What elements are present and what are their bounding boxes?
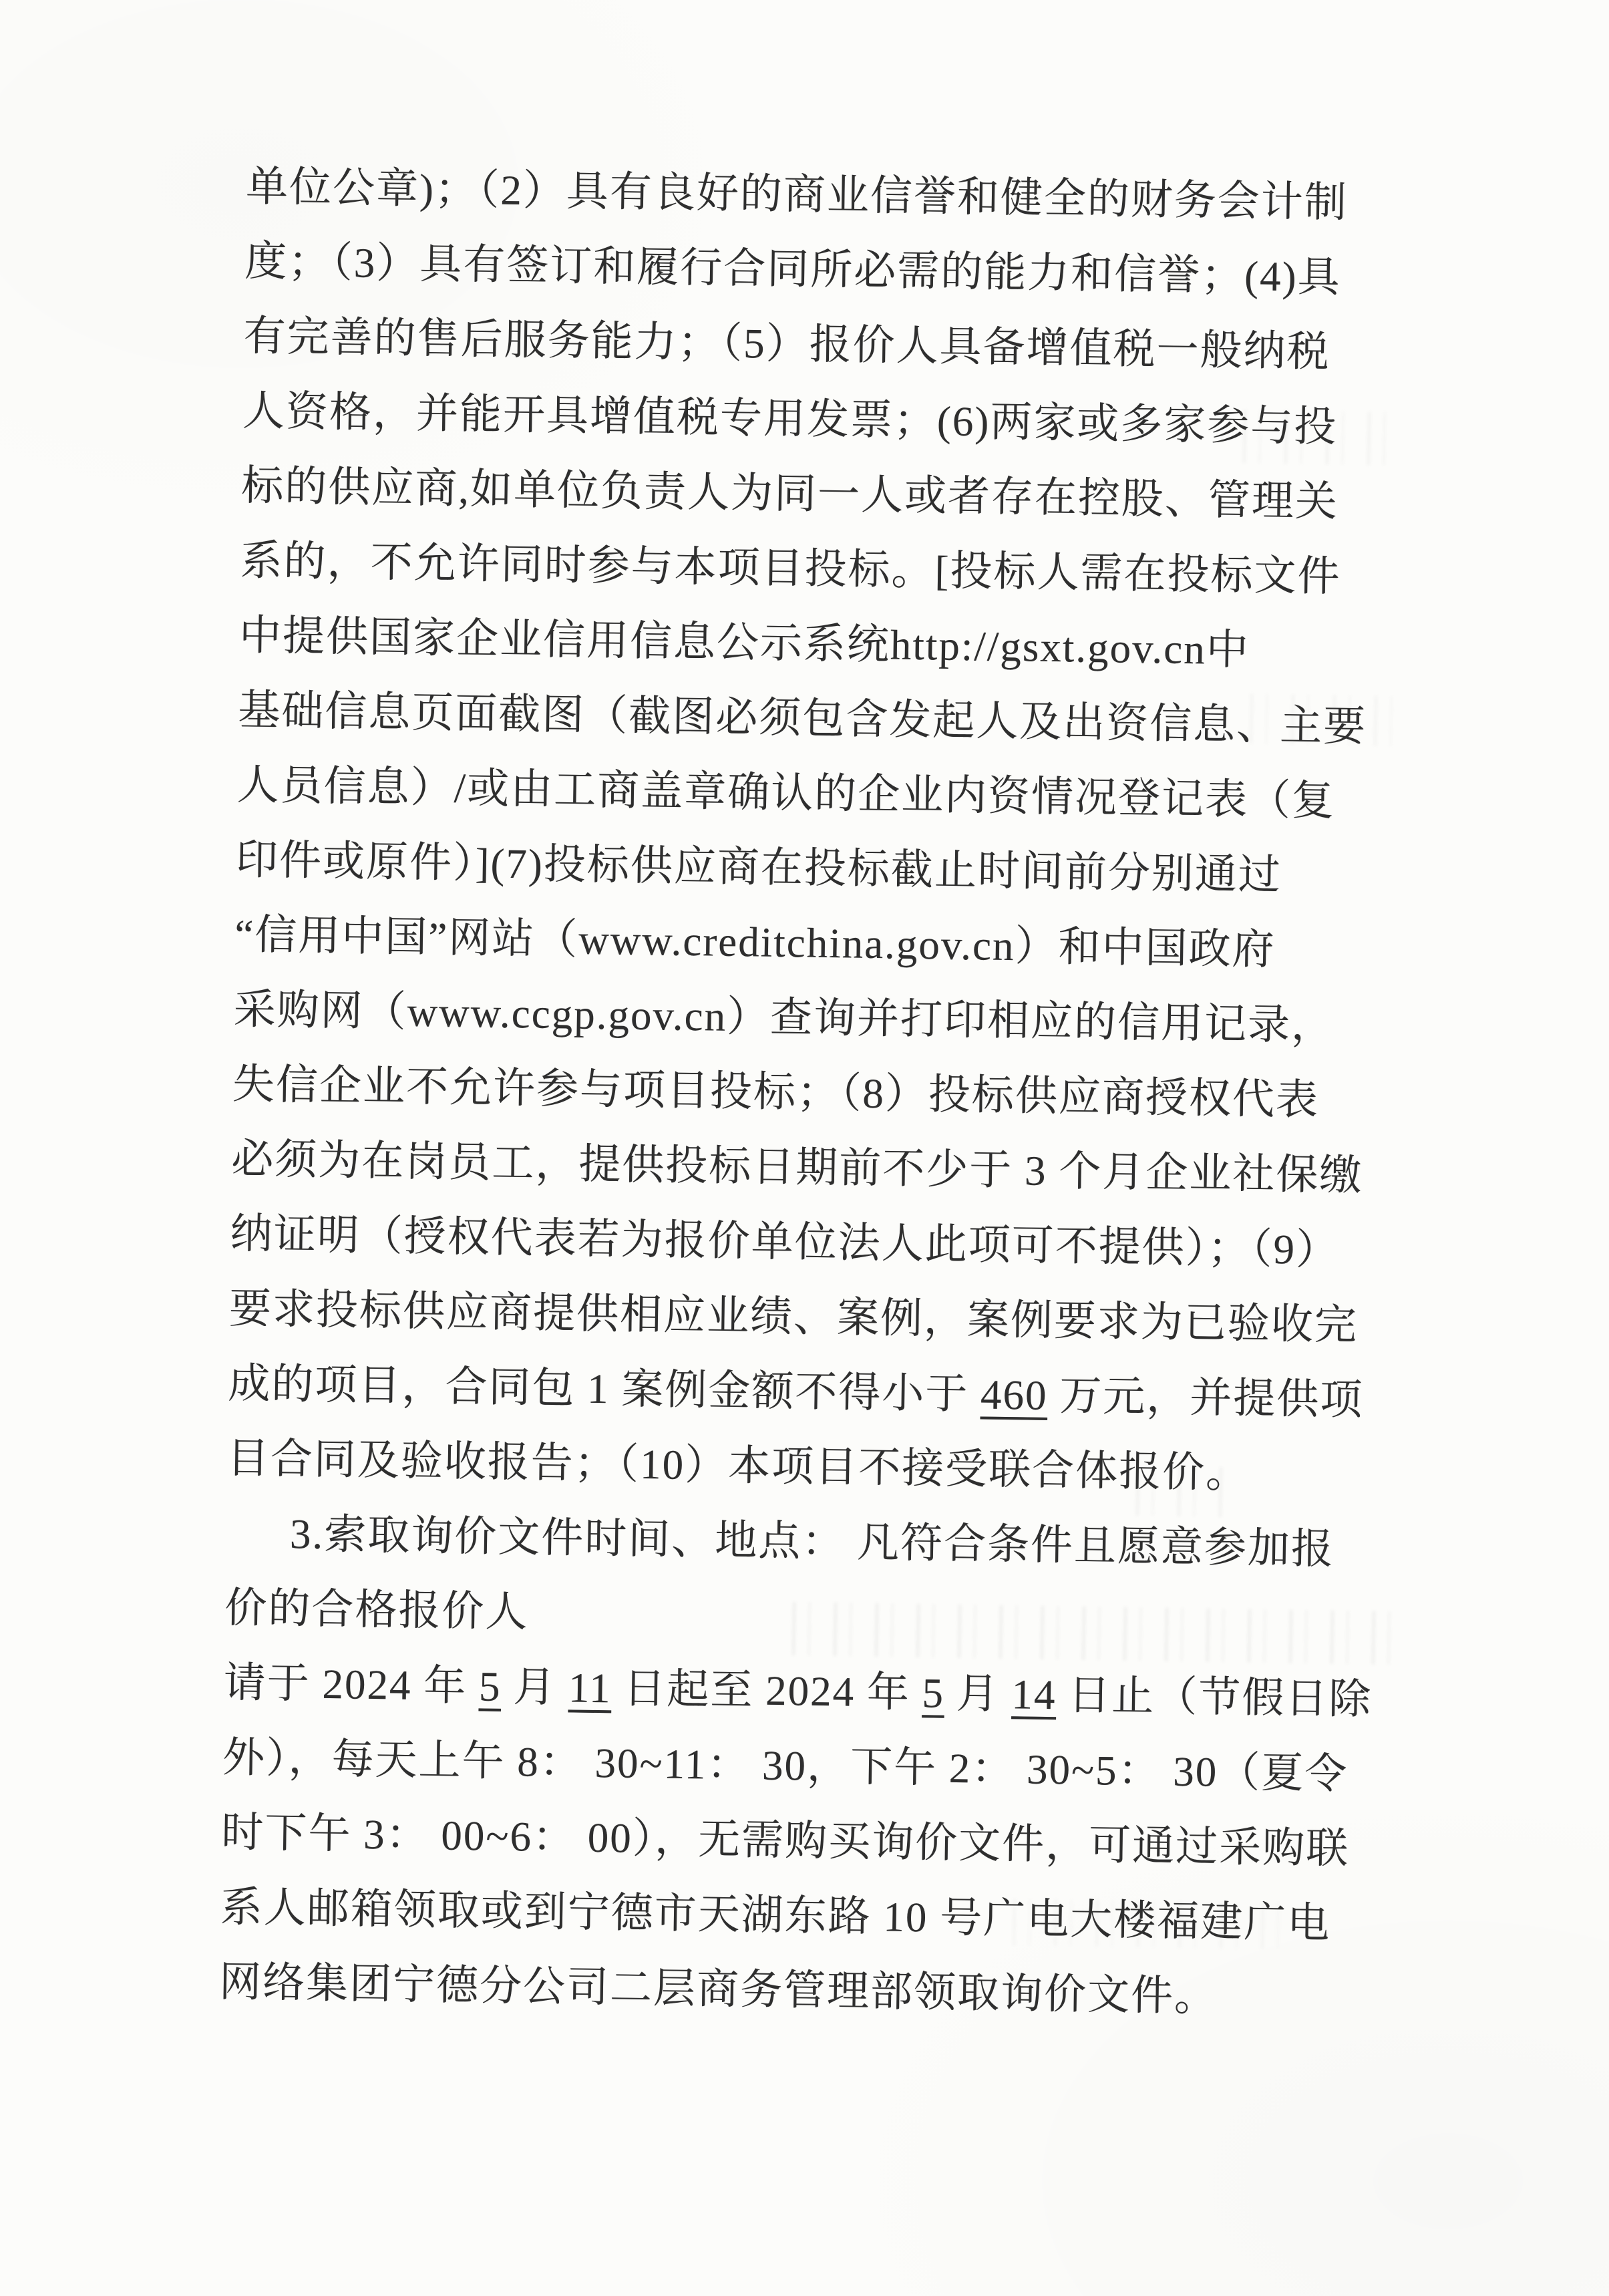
text-segment: 日止（节假日除 <box>1056 1671 1373 1723</box>
text-segment: 外），每天上午 8： 30~11： 30，下午 2： 30~5： 30（夏令 <box>222 1734 1349 1798</box>
text-segment: 中提供国家企业信用信息公示系统http://gsxt.gov.cn中 <box>239 612 1250 673</box>
text-segment: 采购网（www.ccgp.gov.cn）查询并打印相应的信用记录， <box>233 986 1334 1049</box>
text-segment: 必须为在岗员工，提供投标日期前不少于 3 个月企业社保缴 <box>231 1136 1363 1199</box>
text-segment: 有完善的售后服务能力；（5）报价人具备增值税一般纳税 <box>243 313 1330 375</box>
text-segment: 系的，不允许同时参与本项目投标。[投标人需在投标文件 <box>240 537 1341 600</box>
text-segment: 目合同及验收报告；（10）本项目不接受联合体报价。 <box>226 1435 1249 1497</box>
text-segment: 请于 2024 年 <box>223 1659 479 1710</box>
text-segment: 失信企业不允许参与项目投标；（8）投标供应商授权代表 <box>232 1061 1320 1124</box>
text-segment: 单位公章)；（2）具有良好的商业信誉和健全的财务会计制 <box>246 163 1349 226</box>
text-segment: 印件或原件）](7)投标供应商在投标截止时间前分别通过 <box>236 836 1282 898</box>
text-segment: 要求投标供应商提供相应业绩、案例，案例要求为已验收完 <box>229 1285 1359 1349</box>
text-segment: 标的供应商,如单位负责人为同一人或者存在控股、管理关 <box>241 462 1339 525</box>
text-segment: 基础信息页面截图（截图必须包含发起人及出资信息、主要 <box>238 687 1367 750</box>
text-segment: 日起至 2024 年 <box>611 1665 922 1716</box>
text-segment: 价的合格报价人 <box>224 1585 529 1636</box>
text-segment: 时下午 3： 00~6： 00），无需购买询价文件，可通过采购联 <box>221 1809 1350 1872</box>
underlined-text-segment: 11 <box>568 1664 612 1711</box>
text-segment: 系人邮箱领取或到宁德市天湖东路 10 号广电大楼福建广电 <box>220 1884 1330 1947</box>
text-segment: 月 <box>501 1663 569 1711</box>
text-segment: 度；（3）具有签订和履行合同所必需的能力和信誉；(4)具 <box>244 238 1341 301</box>
text-segment: 纳证明（授权代表若为报价单位法人此项可不提供）；（9） <box>230 1210 1339 1274</box>
underlined-text-segment: 14 <box>1011 1671 1057 1718</box>
underlined-text-segment: 5 <box>478 1663 502 1709</box>
text-segment: 月 <box>944 1670 1013 1717</box>
text-segment: 人资格，并能开具增值税专用发票；(6)两家或多家参与投 <box>242 387 1338 450</box>
text-segment: “信用中国”网站（www.creditchina.gov.cn）和中国政府 <box>234 911 1276 973</box>
text-segment: 3.索取询价文件时间、地点： 凡符合条件且愿意参加报 <box>290 1510 1335 1573</box>
underlined-text-segment: 460 <box>980 1371 1049 1418</box>
underlined-text-segment: 5 <box>922 1669 945 1716</box>
text-segment: 万元，并提供项 <box>1047 1372 1364 1424</box>
text-segment: 网络集团宁德分公司二层商务管理部领取询价文件。 <box>219 1959 1218 2020</box>
text-segment: 成的项目，合同包 1 案例金额不得小于 <box>228 1360 981 1418</box>
scanned-document-page: 单位公章)；（2）具有良好的商业信誉和健全的财务会计制度；（3）具有签订和履行合… <box>0 0 1609 2296</box>
text-segment: 人员信息）/或由工商盖章确认的企业内资情况登记表（复 <box>236 762 1335 824</box>
document-text-block: 单位公章)；（2）具有良好的商业信誉和健全的财务会计制度；（3）具有签订和履行合… <box>218 149 1435 2037</box>
